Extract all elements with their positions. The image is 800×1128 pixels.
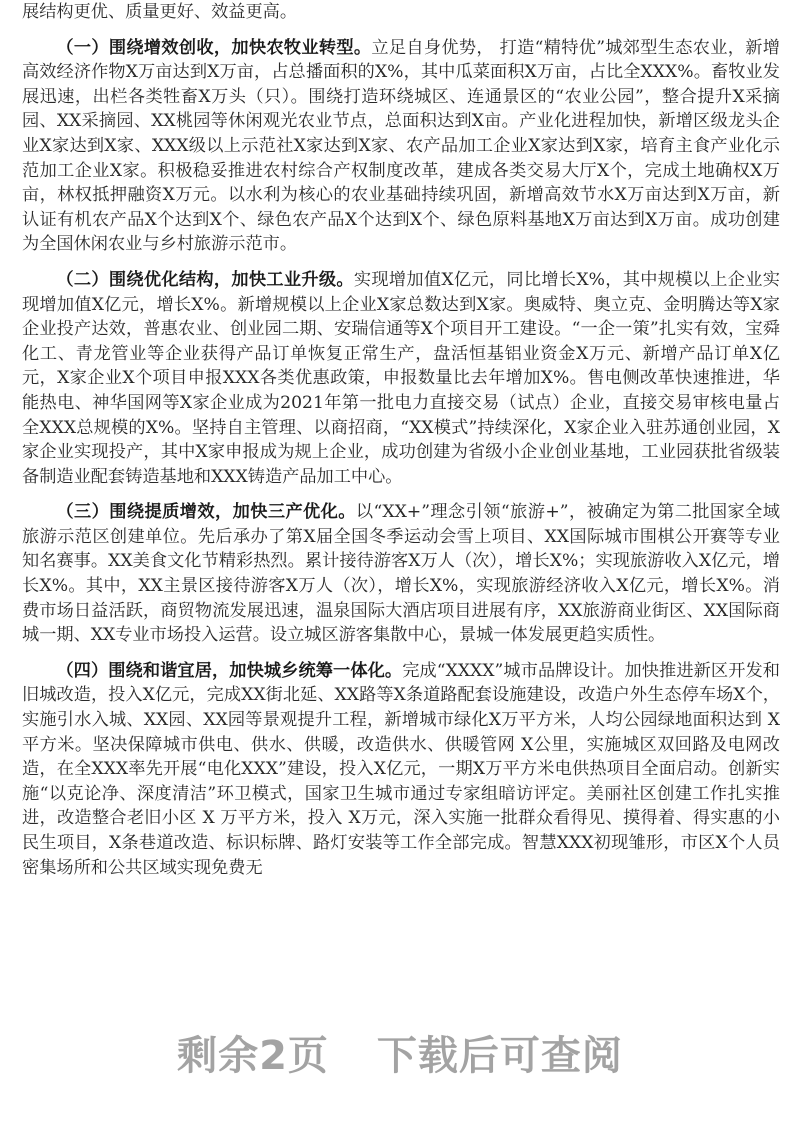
section-body: 完成“XXXX”城市品牌设计。加快推进新区开发和旧城改造，投入X亿元，完成XX街… <box>22 661 780 878</box>
section-agriculture: （一）围绕增效创收，加快农牧业转型。立足自身优势， 打造“精特优”城郊型生态农业… <box>22 36 780 257</box>
section-heading: （一）围绕增效创收，加快农牧业转型。 <box>56 38 371 58</box>
carryover-paragraph: 展结构更优、质量更好、效益更高。 <box>22 0 780 25</box>
section-tertiary: （三）围绕提质增效，加快三产优化。以“XX+”理念引领“旅游+”，被确定为第二批… <box>22 500 780 648</box>
section-heading: （三）围绕提质增效，加快三产优化。 <box>56 502 356 522</box>
document-page: 展结构更优、质量更好、效益更高。 （一）围绕增效创收，加快农牧业转型。立足自身优… <box>22 0 780 891</box>
section-heading: （二）围绕优化结构，加快工业升级。 <box>56 270 354 290</box>
section-heading: （四）围绕和谐宜居，加快城乡统筹一体化。 <box>56 661 402 681</box>
section-industry: （二）围绕优化结构，加快工业升级。实现增加值X亿元，同比增长X%，其中规模以上企… <box>22 268 780 489</box>
section-body: 立足自身优势， 打造“精特优”城郊型生态农业，新增高效经济作物X万亩达到X万亩，… <box>22 38 780 255</box>
download-banner[interactable]: 剩余2页下载后可查阅 <box>0 1024 800 1081</box>
download-to-view-label[interactable]: 下载后可查阅 <box>377 1024 623 1081</box>
remaining-pages-label: 剩余2页 <box>177 1024 329 1081</box>
section-body: 实现增加值X亿元，同比增长X%，其中规模以上企业实现增加值X亿元，增长X%。新增… <box>22 270 780 487</box>
section-urban-rural: （四）围绕和谐宜居，加快城乡统筹一体化。完成“XXXX”城市品牌设计。加快推进新… <box>22 659 780 880</box>
section-body: 以“XX+”理念引领“旅游+”，被确定为第二批国家全域旅游示范区创建单位。先后承… <box>22 502 780 645</box>
